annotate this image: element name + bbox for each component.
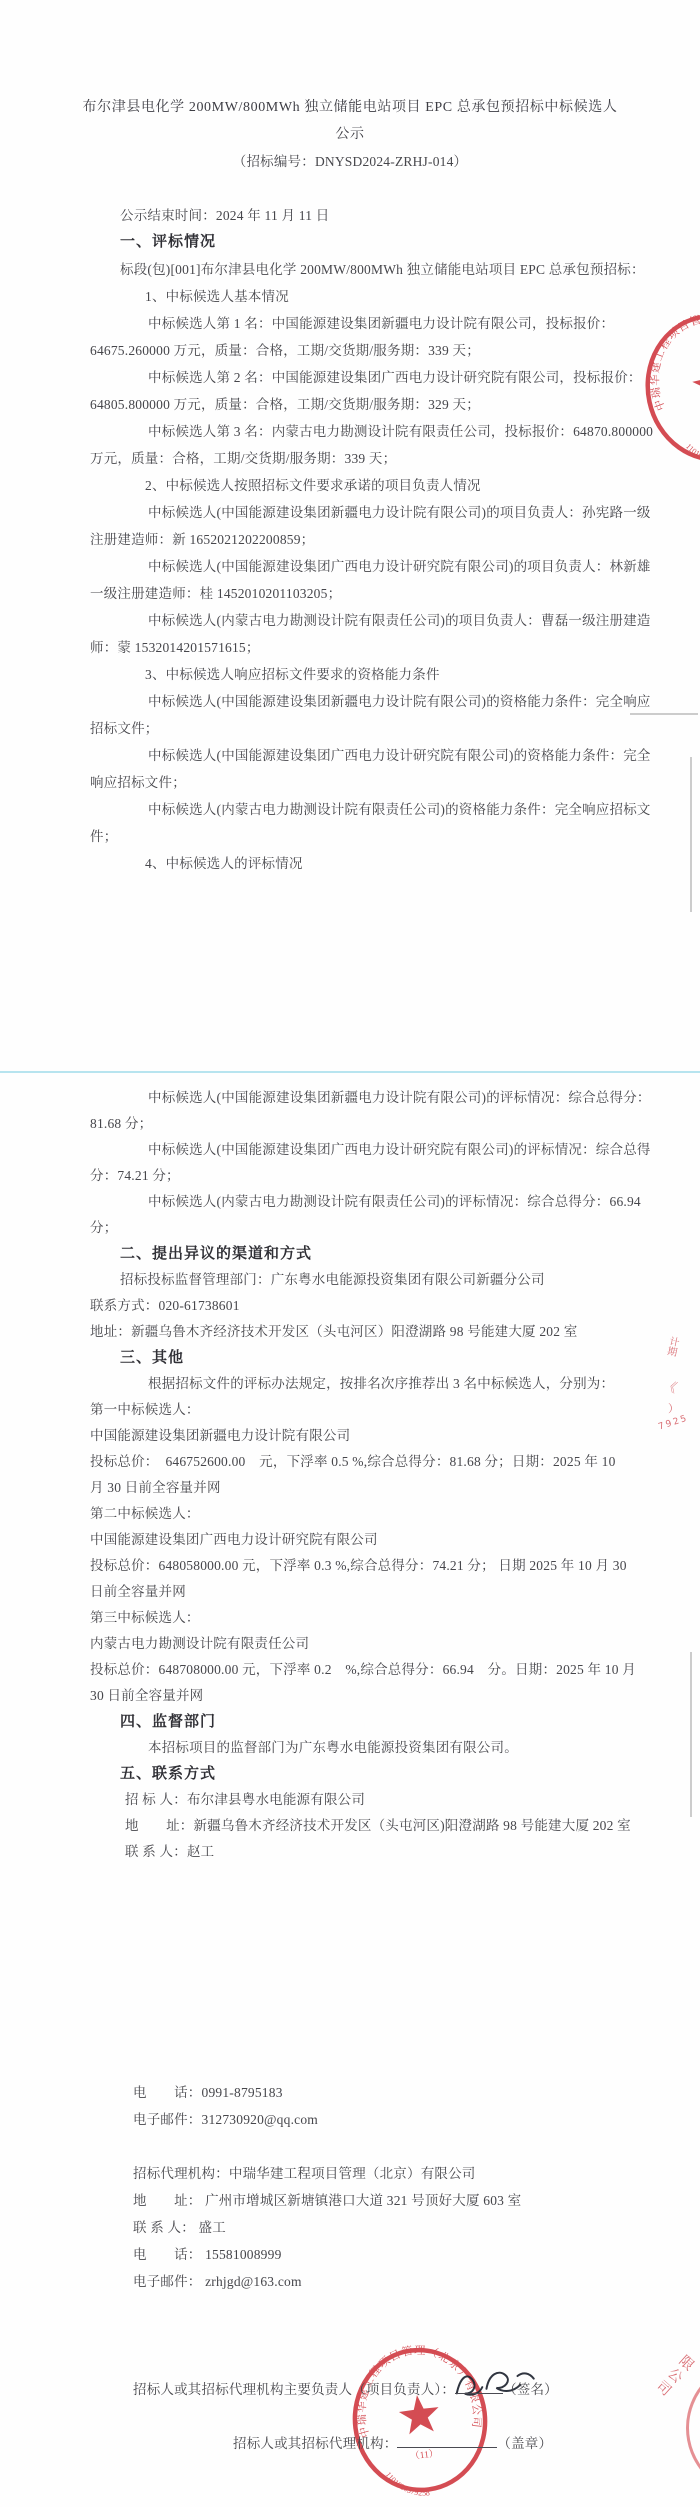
doc-line: 64805.800000 万元，质量：合格，工期/交货期/服务期：329 天； — [0, 391, 700, 418]
signature-line-suffix: （签名） — [503, 2382, 558, 2397]
doc-line: 一级注册建造师：桂 1452010201103205； — [0, 580, 700, 607]
doc-line: 中标候选人第 1 名：中国能源建设集团新疆电力设计院有限公司，投标报价： — [0, 310, 700, 337]
doc-line: 电子邮件：312730920@qq.com — [0, 2106, 700, 2133]
doc-line: 本招标项目的监督部门为广东粤水电能源投资集团有限公司。 — [0, 1735, 700, 1761]
doc-line — [0, 2322, 700, 2349]
svg-text:1101020379258: 1101020379258 — [383, 2466, 430, 2498]
doc-line: 第一中标候选人： — [0, 1397, 700, 1423]
doc-line: 中标候选人(中国能源建设集团新疆电力设计院有限公司)的项目负责人：孙宪路一级 — [0, 499, 700, 526]
doc-line: 1、中标候选人基本情况 — [0, 283, 700, 310]
doc-line: 内蒙古电力勘测设计院有限责任公司 — [0, 1631, 700, 1657]
doc-line: 中标候选人(中国能源建设集团广西电力设计研究院有限公司)的项目负责人：林新雄 — [0, 553, 700, 580]
doc-line: 根据招标文件的评标办法规定，按排名次序推荐出 3 名中标候选人，分别为： — [0, 1371, 700, 1397]
document-root: 中瑞华建工程项目管理（北京）有限公司 （11） 1101020379258 计期… — [0, 0, 700, 2507]
signature-blank — [455, 2380, 503, 2395]
doc-line: 分； — [0, 1215, 700, 1241]
doc-line — [0, 2349, 700, 2376]
doc-line: 联系方式：020-61738601 — [0, 1293, 700, 1319]
doc-line: 第二中标候选人： — [0, 1501, 700, 1527]
signature-line-label: 招标人或其招标代理机构主要负责人（项目负责人）： — [133, 2382, 455, 2397]
doc-line: 中标候选人(内蒙古电力勘测设计院有限责任公司)的项目负责人：曹磊一级注册建造 — [0, 607, 700, 634]
doc-line: 中标候选人(内蒙古电力勘测设计院有限责任公司)的评标情况：综合总得分：66.94 — [0, 1189, 700, 1215]
doc-line: 电子邮件： zrhjgd@163.com — [0, 2268, 700, 2295]
doc-line: 中标候选人(中国能源建设集团广西电力设计研究院有限公司)的资格能力条件：完全 — [0, 742, 700, 769]
doc-line: 中标候选人(中国能源建设集团新疆电力设计院有限公司)的资格能力条件：完全响应 — [0, 688, 700, 715]
doc-line: 30 日前全容量并网 — [0, 1683, 700, 1709]
doc-line: 招标文件； — [0, 715, 700, 742]
page-3: 电 话：0991-8795183电子邮件：312730920@qq.com 招标… — [0, 2079, 700, 2457]
doc-line: 布尔津县电化学 200MW/800MWh 独立储能电站项目 EPC 总承包预招标… — [0, 94, 700, 121]
doc-line: 公示 — [0, 121, 700, 148]
doc-line: 中标候选人(内蒙古电力勘测设计院有限责任公司)的资格能力条件：完全响应招标文 — [0, 796, 700, 823]
doc-line: 第三中标候选人： — [0, 1605, 700, 1631]
doc-line: 联 系 人： 盛工 — [0, 2214, 700, 2241]
page-1: 布尔津县电化学 200MW/800MWh 独立储能电站项目 EPC 总承包预招标… — [0, 94, 700, 877]
doc-line: 中标候选人第 2 名：中国能源建设集团广西电力设计研究院有限公司，投标报价： — [0, 364, 700, 391]
doc-line: 投标总价：648058000.00 元，下浮率 0.3 %,综合总得分：74.2… — [0, 1553, 700, 1579]
doc-line: 五、联系方式 — [0, 1761, 700, 1787]
doc-line: 中国能源建设集团广西电力设计研究院有限公司 — [0, 1527, 700, 1553]
doc-line: 注册建造师：新 1652021202200859； — [0, 526, 700, 553]
doc-line: 一、评标情况 — [0, 229, 700, 256]
doc-line: 中国能源建设集团新疆电力设计院有限公司 — [0, 1423, 700, 1449]
doc-line: 电 话：0991-8795183 — [0, 2079, 700, 2106]
doc-line: 地址：新疆乌鲁木齐经济技术开发区（头屯河区）阳澄湖路 98 号能建大厦 202 … — [0, 1319, 700, 1345]
doc-line: 3、中标候选人响应招标文件要求的资格能力条件 — [0, 661, 700, 688]
doc-line: 二、提出异议的渠道和方式 — [0, 1241, 700, 1267]
doc-line: 三、其他 — [0, 1345, 700, 1371]
doc-line: 招 标 人：布尔津县粤水电能源有限公司 — [0, 1787, 700, 1813]
doc-line: 四、监督部门 — [0, 1709, 700, 1735]
doc-line: 分：74.21 分； — [0, 1163, 700, 1189]
doc-line — [0, 2295, 700, 2322]
doc-line: 师：蒙 1532014201571615； — [0, 634, 700, 661]
doc-line: 招标投标监督管理部门：广东粤水电能源投资集团有限公司新疆分公司 — [0, 1267, 700, 1293]
doc-line: 电 话： 15581008999 — [0, 2241, 700, 2268]
doc-line: 地 址： 广州市增城区新塘镇港口大道 321 号顶好大厦 603 室 — [0, 2187, 700, 2214]
signature-line: 招标人或其招标代理机构：（盖章） — [0, 2430, 700, 2457]
doc-line: 中标候选人(中国能源建设集团新疆电力设计院有限公司)的评标情况：综合总得分： — [0, 1085, 700, 1111]
page-2: 中标候选人(中国能源建设集团新疆电力设计院有限公司)的评标情况：综合总得分：81… — [0, 1085, 700, 1865]
doc-line: 投标总价： 646752600.00 元，下浮率 0.5 %,综合总得分：81.… — [0, 1449, 700, 1475]
doc-line: 投标总价：648708000.00 元，下浮率 0.2 %,综合总得分：66.9… — [0, 1657, 700, 1683]
doc-line: （招标编号：DNYSD2024-ZRHJ-014） — [0, 148, 700, 175]
doc-line: 中标候选人(中国能源建设集团广西电力设计研究院有限公司)的评标情况：综合总得 — [0, 1137, 700, 1163]
doc-line: 64675.260000 万元，质量：合格，工期/交货期/服务期：339 天； — [0, 337, 700, 364]
doc-line: 4、中标候选人的评标情况 — [0, 850, 700, 877]
doc-line: 响应招标文件； — [0, 769, 700, 796]
doc-line: 日前全容量并网 — [0, 1579, 700, 1605]
doc-line: 2、中标候选人按照招标文件要求承诺的项目负责人情况 — [0, 472, 700, 499]
doc-line: 月 30 日前全容量并网 — [0, 1475, 700, 1501]
signature-line-label: 招标人或其招标代理机构： — [233, 2436, 397, 2451]
doc-line: 公示结束时间：2024 年 11 月 11 日 — [0, 202, 700, 229]
doc-line: 件； — [0, 823, 700, 850]
signature-line: 招标人或其招标代理机构主要负责人（项目负责人）：（签名） — [0, 2376, 700, 2403]
doc-line: 81.68 分； — [0, 1111, 700, 1137]
doc-line — [0, 175, 700, 202]
doc-line: 招标代理机构：中瑞华建工程项目管理（北京）有限公司 — [0, 2160, 700, 2187]
signature-blank — [397, 2434, 497, 2449]
doc-line: 地 址：新疆乌鲁木齐经济技术开发区（头屯河区)阳澄湖路 98 号能建大厦 202… — [0, 1813, 700, 1839]
doc-line: 万元，质量：合格，工期/交货期/服务期：339 天； — [0, 445, 700, 472]
page-separator-line — [0, 1071, 700, 1073]
doc-line: 联 系 人：赵工 — [0, 1839, 700, 1865]
doc-line: 标段(包)[001]布尔津县电化学 200MW/800MWh 独立储能电站项目 … — [0, 256, 700, 283]
doc-line — [0, 2403, 700, 2430]
doc-line: 中标候选人第 3 名：内蒙古电力勘测设计院有限责任公司，投标报价：64870.8… — [0, 418, 700, 445]
signature-line-suffix: （盖章） — [497, 2436, 552, 2451]
doc-line — [0, 2133, 700, 2160]
